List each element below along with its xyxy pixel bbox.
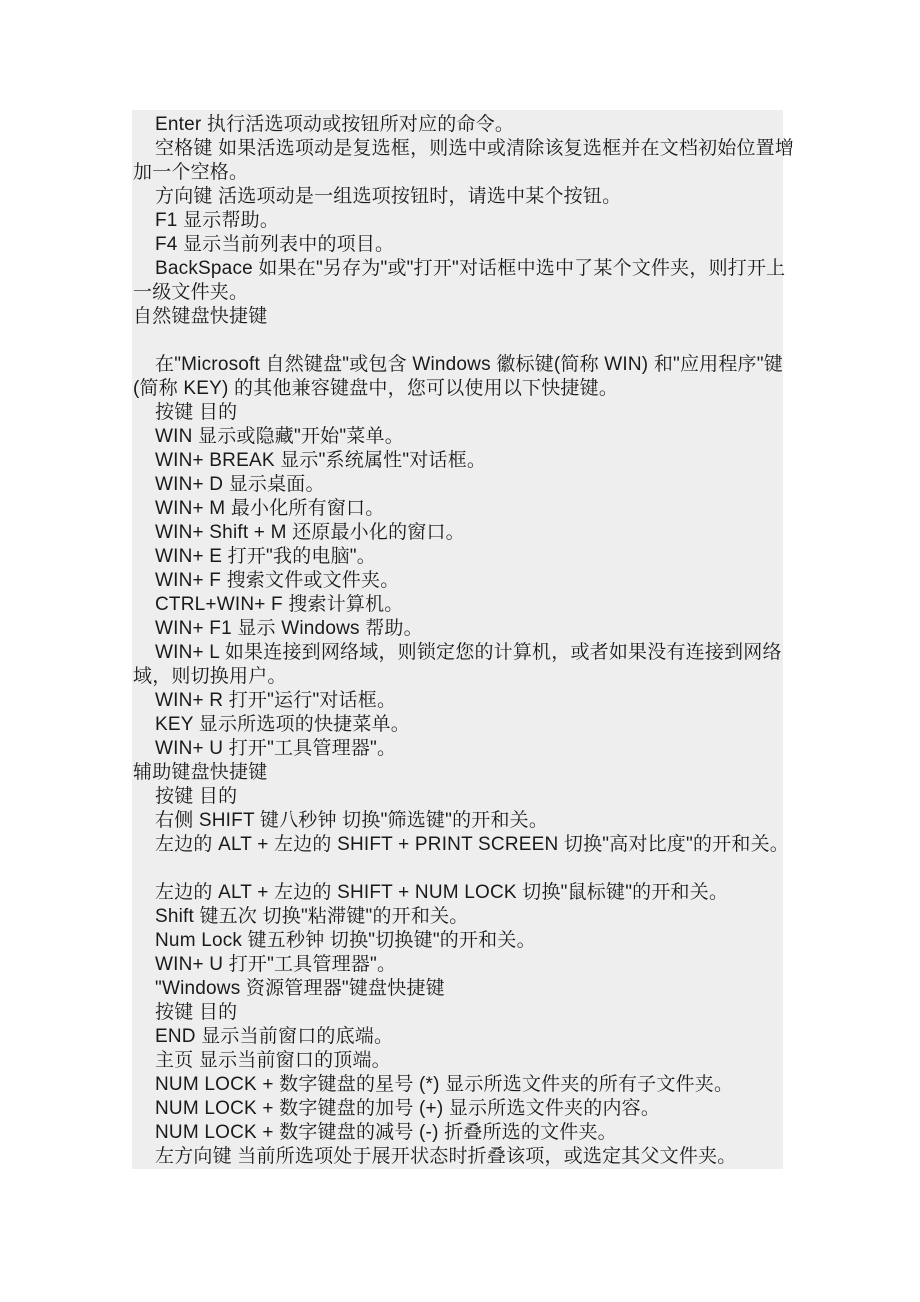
text-line: CTRL+WIN+ F 搜索计算机。 bbox=[133, 593, 783, 617]
text-line: WIN+ E 打开"我的电脑"。 bbox=[133, 545, 783, 569]
text-line: WIN+ L 如果连接到网络域，则锁定您的计算机，或者如果没有连接到网络 bbox=[133, 641, 783, 665]
text-line: WIN+ F1 显示 Windows 帮助。 bbox=[133, 617, 783, 641]
text-line: WIN 显示或隐藏"开始"菜单。 bbox=[133, 425, 783, 449]
text-line: (简称 KEY) 的其他兼容键盘中，您可以使用以下快捷键。 bbox=[133, 377, 783, 401]
text-line: 按键 目的 bbox=[133, 1001, 783, 1025]
text-line: WIN+ F 搜索文件或文件夹。 bbox=[133, 569, 783, 593]
text-line: NUM LOCK + 数字键盘的星号 (*) 显示所选文件夹的所有子文件夹。 bbox=[133, 1073, 783, 1097]
text-line: 加一个空格。 bbox=[133, 161, 783, 185]
text-line: 左方向键 当前所选项处于展开状态时折叠该项，或选定其父文件夹。 bbox=[133, 1145, 783, 1169]
text-line: 按键 目的 bbox=[133, 785, 783, 809]
document-page: { "page": { "background_color": "#ffffff… bbox=[0, 0, 920, 1302]
text-line: 一级文件夹。 bbox=[133, 281, 783, 305]
text-line: WIN+ D 显示桌面。 bbox=[133, 473, 783, 497]
text-line: 空格键 如果活选项动是复选框，则选中或清除该复选框并在文档初始位置增 bbox=[133, 137, 783, 161]
text-line: 按键 目的 bbox=[133, 401, 783, 425]
text-line bbox=[133, 329, 783, 353]
text-line: Num Lock 键五秒钟 切换"切换键"的开和关。 bbox=[133, 929, 783, 953]
text-line: "Windows 资源管理器"键盘快捷键 bbox=[133, 977, 783, 1001]
text-line: WIN+ M 最小化所有窗口。 bbox=[133, 497, 783, 521]
text-line: KEY 显示所选项的快捷菜单。 bbox=[133, 713, 783, 737]
text-line: NUM LOCK + 数字键盘的减号 (-) 折叠所选的文件夹。 bbox=[133, 1121, 783, 1145]
text-line: 自然键盘快捷键 bbox=[133, 305, 783, 329]
text-lines-container: Enter 执行活选项动或按钮所对应的命令。空格键 如果活选项动是复选框，则选中… bbox=[133, 113, 783, 1169]
text-line: WIN+ U 打开"工具管理器"。 bbox=[133, 953, 783, 977]
text-line: 主页 显示当前窗口的顶端。 bbox=[133, 1049, 783, 1073]
text-line: Enter 执行活选项动或按钮所对应的命令。 bbox=[133, 113, 783, 137]
text-line: BackSpace 如果在"另存为"或"打开"对话框中选中了某个文件夹，则打开上 bbox=[133, 257, 783, 281]
text-line: WIN+ U 打开"工具管理器"。 bbox=[133, 737, 783, 761]
text-line: NUM LOCK + 数字键盘的加号 (+) 显示所选文件夹的内容。 bbox=[133, 1097, 783, 1121]
text-line: WIN+ Shift + M 还原最小化的窗口。 bbox=[133, 521, 783, 545]
text-line: WIN+ R 打开"运行"对话框。 bbox=[133, 689, 783, 713]
text-line bbox=[133, 857, 783, 881]
document-text-block: Enter 执行活选项动或按钮所对应的命令。空格键 如果活选项动是复选框，则选中… bbox=[132, 110, 783, 1169]
text-line: 方向键 活选项动是一组选项按钮时，请选中某个按钮。 bbox=[133, 185, 783, 209]
text-line: 右侧 SHIFT 键八秒钟 切换"筛选键"的开和关。 bbox=[133, 809, 783, 833]
text-line: Shift 键五次 切换"粘滞键"的开和关。 bbox=[133, 905, 783, 929]
text-line: F4 显示当前列表中的项目。 bbox=[133, 233, 783, 257]
text-line: 域，则切换用户。 bbox=[133, 665, 783, 689]
text-line: END 显示当前窗口的底端。 bbox=[133, 1025, 783, 1049]
text-line: F1 显示帮助。 bbox=[133, 209, 783, 233]
text-line: 左边的 ALT + 左边的 SHIFT + NUM LOCK 切换"鼠标键"的开… bbox=[133, 881, 783, 905]
text-line: 辅助键盘快捷键 bbox=[133, 761, 783, 785]
text-line: 左边的 ALT + 左边的 SHIFT + PRINT SCREEN 切换"高对… bbox=[133, 833, 783, 857]
text-line: 在"Microsoft 自然键盘"或包含 Windows 徽标键(简称 WIN)… bbox=[133, 353, 783, 377]
text-line: WIN+ BREAK 显示"系统属性"对话框。 bbox=[133, 449, 783, 473]
